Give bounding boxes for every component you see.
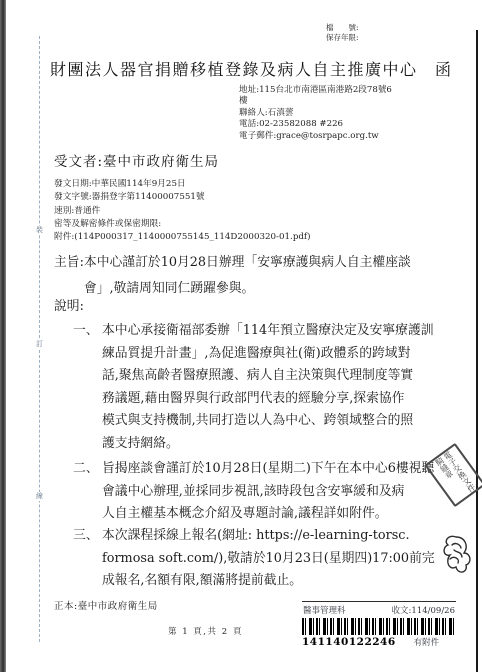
document-title: 財團法人器官捐贈移植登錄及病人自主推廣中心 函 — [50, 57, 450, 80]
barcode — [302, 618, 456, 635]
receipt-stamp-block: 醫事管理科 收文:114/09/26 141140122246 有附件 — [302, 601, 456, 648]
item-1-text: 本中心承接衛福部委辦「114年預立醫療決定及安寧療護訓 練品質提升計畫」,為促進… — [102, 320, 434, 455]
dispatch-metadata: 發文日期:中華民國114年9月25日 發文字號:器捐登字第11400007551… — [54, 178, 311, 244]
original-copy-line: 正本:臺中市政府衛生局 — [54, 598, 158, 612]
receipt-date: 收文:114/09/26 — [392, 604, 455, 616]
file-number-label: 檔 號: — [326, 23, 359, 33]
barcode-number: 141140122246 — [302, 636, 396, 648]
file-number-block: 檔 號: 保存年限: — [326, 23, 359, 43]
retention-period-label: 保存年限: — [326, 33, 359, 43]
item-1-number: 一、 — [73, 320, 102, 343]
scan-left-edge — [0, 0, 6, 672]
binding-mark-zhuang: 裝 — [33, 226, 46, 235]
recipient-line: 受文者:臺中市政府衛生局 — [54, 150, 219, 170]
subject-text: 本中心謹訂於10月28日辦理「安寧療護與病人自主權座談 會」,敬請周知同仁踴躍參… — [84, 250, 411, 302]
item-2-text: 旨揭座談會謹訂於10月28日(星期二)下午在本中心6樓視聽 會議中心辦理,並採同… — [102, 458, 434, 526]
item-3-text: 本次課程採線上報名(網址: https://e-learning-torsc. … — [102, 525, 435, 593]
sender-contact-info: 地址:115台北市南港區南港路2段78號6 樓 聯絡人:石滇蕓 電話:02-23… — [239, 85, 449, 142]
illegible-scribble-stamp — [440, 533, 474, 579]
explanation-item-3: 三、 本次課程採線上報名(網址: https://e-learning-tors… — [73, 525, 445, 593]
explanation-item-1: 一、 本中心承接衛福部委辦「114年預立醫療決定及安寧療護訓 練品質提升計畫」,… — [73, 320, 445, 455]
explanation-label: 說明: — [54, 295, 84, 314]
subject-label: 主旨: — [54, 250, 84, 276]
explanation-item-2: 二、 旨揭座談會謹訂於10月28日(星期二)下午在本中心6樓視聽 會議中心辦理,… — [73, 458, 445, 526]
subject-paragraph: 主旨: 本中心謹訂於10月28日辦理「安寧療護與病人自主權座談 會」,敬請周知同… — [54, 250, 446, 302]
binding-mark-ding: 訂 — [33, 340, 46, 349]
scan-right-edge — [476, 30, 478, 672]
attachment-note: 有附件 — [414, 636, 440, 648]
binding-mark-xian: 線 — [33, 492, 46, 501]
official-letter-page: 裝 訂 線 檔 號: 保存年限: 財團法人器官捐贈移植登錄及病人自主推廣中心 函… — [0, 0, 482, 672]
item-3-number: 三、 — [73, 525, 102, 548]
binding-dotted-line — [39, 36, 40, 642]
page-number-footer: 第 1 頁,共 2 頁 — [168, 625, 243, 637]
item-2-number: 二、 — [73, 458, 102, 481]
receipt-department: 醫事管理科 — [303, 604, 346, 616]
